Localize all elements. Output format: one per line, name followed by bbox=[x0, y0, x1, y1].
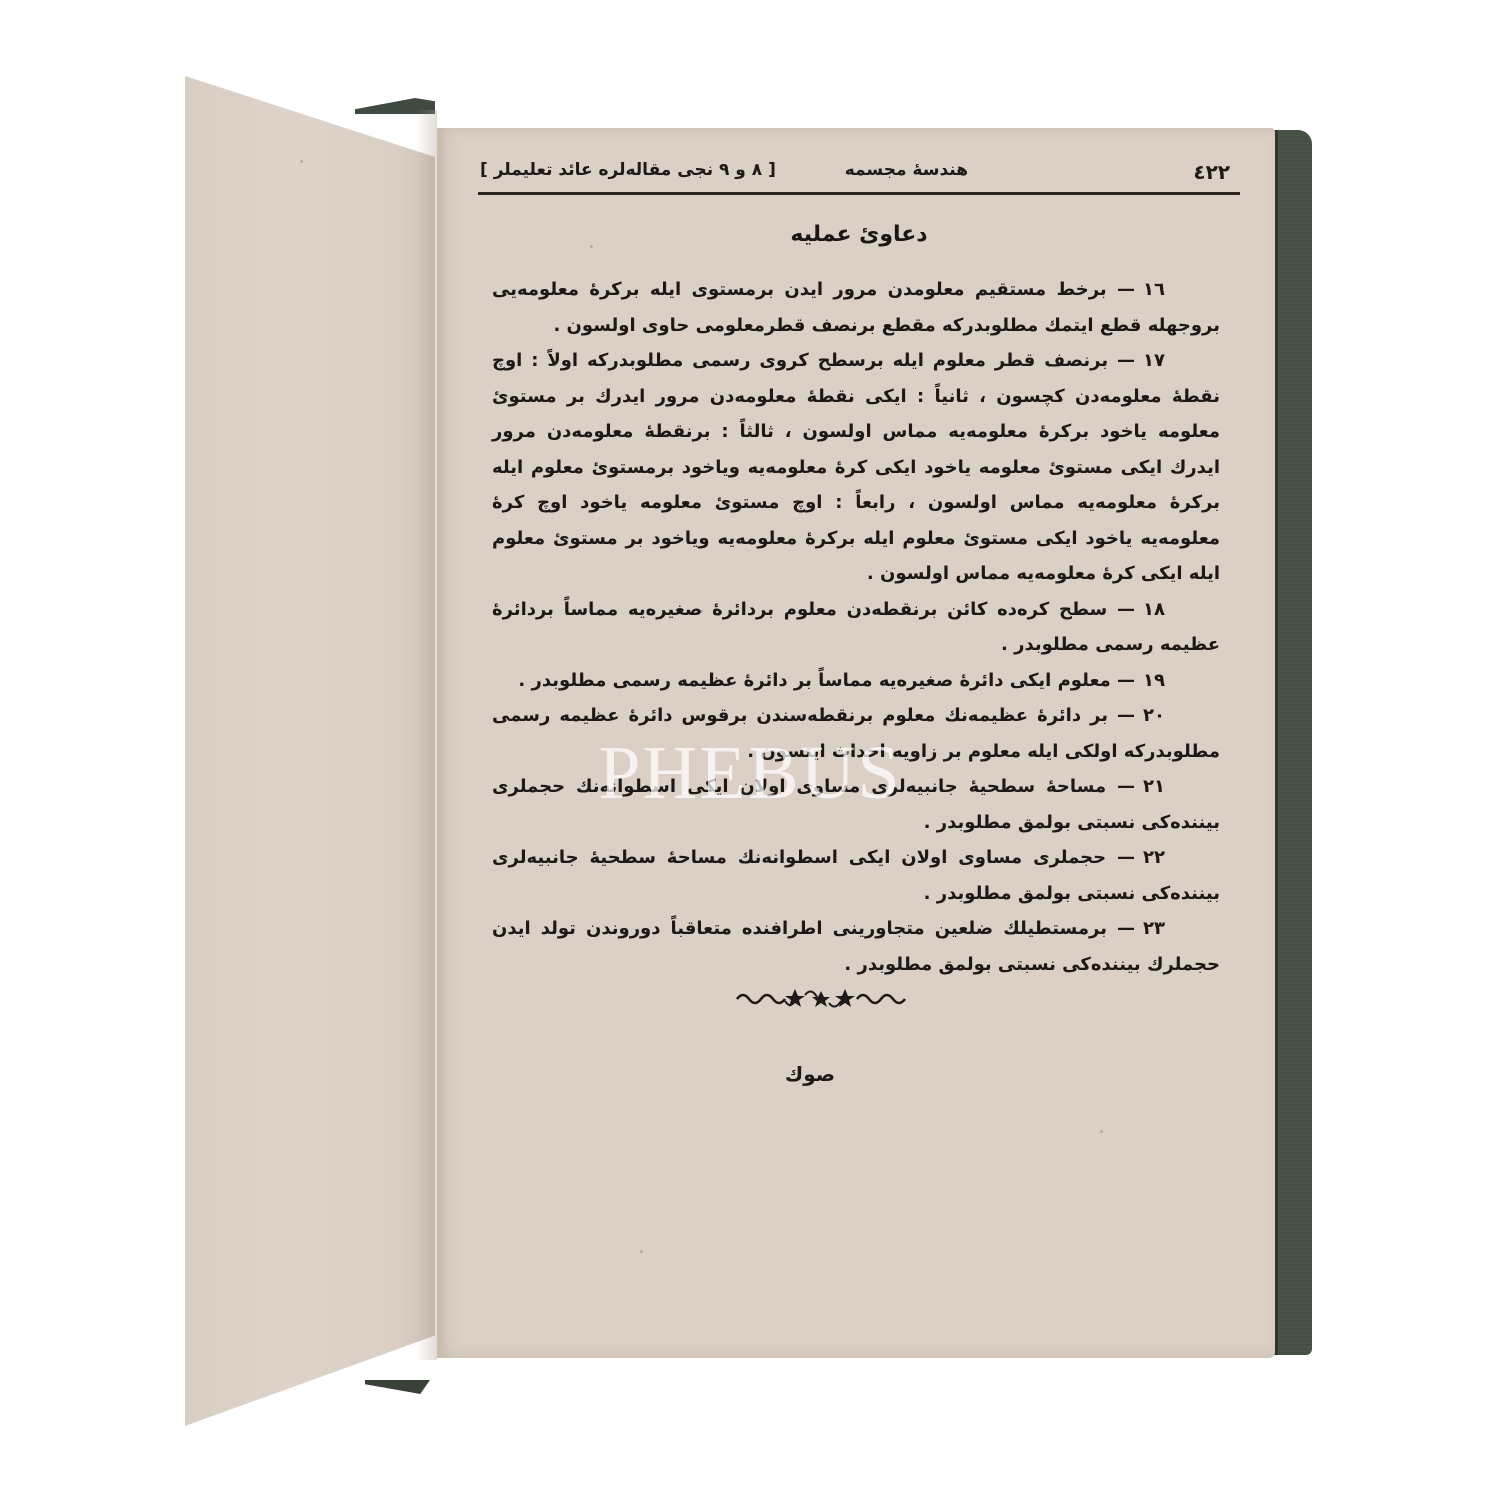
item-text: — معلوم ایکی دائرهٔ صغیره‌یه مماساً بر د… bbox=[518, 670, 1135, 691]
open-book-photo: ٤٢٢ هندسهٔ مجسمه [ ٨ و ٩ نجی مقاله‌لره ع… bbox=[0, 0, 1500, 1500]
paragraph-18: ١٨— سطح کره‌ده کائن برنقطه‌دن معلوم بردا… bbox=[492, 592, 1220, 663]
page-number: ٤٢٢ bbox=[1193, 160, 1230, 184]
left-blank-page bbox=[185, 76, 435, 1426]
decorative-vine-ornament-icon bbox=[733, 985, 909, 1013]
item-text: — مساحهٔ سطحیهٔ جانبیه‌لری مساوی اولان ا… bbox=[492, 776, 1220, 833]
item-text: — بر دائرهٔ عظیمه‌نك معلوم برنقطه‌سندن ب… bbox=[492, 705, 1220, 762]
foxing-speck bbox=[590, 245, 593, 248]
item-text: — برنصف قطر معلوم ایله برسطح کروی رسمی م… bbox=[492, 350, 1220, 584]
item-number: ١٩ bbox=[1143, 670, 1165, 691]
end-word: صوك bbox=[770, 1062, 850, 1086]
item-text: — برخط مستقیم معلومدن مرور ایدن برمستوی … bbox=[492, 279, 1220, 336]
item-number: ١٦ bbox=[1143, 279, 1165, 300]
item-text: — برمستطیلك ضلعین متجاورینی اطرافنده متع… bbox=[492, 918, 1220, 975]
foxing-speck bbox=[1100, 1130, 1103, 1133]
book-title: هندسهٔ مجسمه bbox=[845, 160, 968, 180]
item-text: — سطح کره‌ده کائن برنقطه‌دن معلوم بردائر… bbox=[492, 599, 1220, 656]
item-number: ٢١ bbox=[1143, 776, 1165, 797]
foxing-speck bbox=[640, 1250, 643, 1253]
foxing-speck bbox=[1180, 400, 1183, 403]
paragraph-23: ٢٣— برمستطیلك ضلعین متجاورینی اطرافنده م… bbox=[492, 911, 1220, 982]
body-text: ١٦— برخط مستقیم معلومدن مرور ایدن برمستو… bbox=[492, 272, 1220, 982]
item-text: — حجملری مساوی اولان ایکی اسطوانه‌نك مسا… bbox=[492, 847, 1220, 904]
paragraph-19: ١٩— معلوم ایکی دائرهٔ صغیره‌یه مماساً بر… bbox=[492, 663, 1220, 699]
item-number: ٢٣ bbox=[1143, 918, 1165, 939]
item-number: ٢٠ bbox=[1143, 705, 1165, 726]
page-heading: دعاوئ عمليه bbox=[478, 222, 1240, 247]
item-number: ٢٢ bbox=[1143, 847, 1165, 868]
gutter-shadow bbox=[415, 110, 437, 1360]
item-number: ١٧ bbox=[1143, 350, 1165, 371]
gutter-fold bbox=[437, 128, 441, 1358]
book-cover-corner-bottom bbox=[365, 1380, 430, 1394]
paragraph-17: ١٧— برنصف قطر معلوم ایله برسطح کروی رسمی… bbox=[492, 343, 1220, 592]
paragraph-16: ١٦— برخط مستقیم معلومدن مرور ایدن برمستو… bbox=[492, 272, 1220, 343]
header-rule bbox=[478, 192, 1240, 195]
foxing-speck bbox=[300, 160, 303, 163]
paragraph-21: ٢١— مساحهٔ سطحیهٔ جانبیه‌لری مساوی اولان… bbox=[492, 769, 1220, 840]
paragraph-20: ٢٠— بر دائرهٔ عظیمه‌نك معلوم برنقطه‌سندن… bbox=[492, 698, 1220, 769]
paragraph-22: ٢٢— حجملری مساوی اولان ایکی اسطوانه‌نك م… bbox=[492, 840, 1220, 911]
section-title: [ ٨ و ٩ نجی مقاله‌لره عائد تعلیملر ] bbox=[480, 160, 776, 180]
running-head: ٤٢٢ هندسهٔ مجسمه [ ٨ و ٩ نجی مقاله‌لره ع… bbox=[478, 158, 1238, 190]
item-number: ١٨ bbox=[1143, 599, 1165, 620]
foxing-speck bbox=[700, 610, 703, 613]
